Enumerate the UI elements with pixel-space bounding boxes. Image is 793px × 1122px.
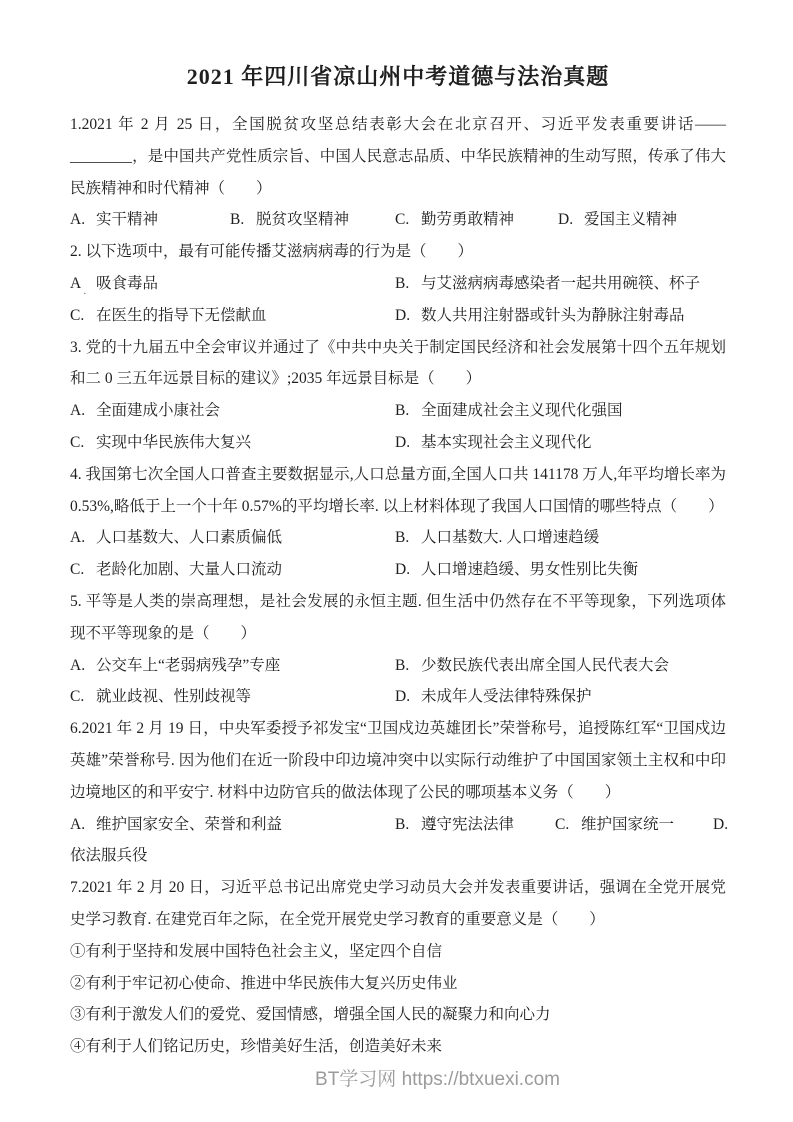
option-label: B. — [395, 268, 421, 300]
page-title: 2021 年四川省凉山州中考道德与法治真题 — [70, 56, 726, 98]
option-d-text-continuation: 依法服兵役 — [70, 840, 726, 872]
question-2-stem: 2. 以下选项中，最有可能传播艾滋病病毒的行为是（ ） — [70, 236, 726, 268]
option-text: 人口基数大. 人口增速趋缓 — [421, 529, 599, 546]
option-text: 就业歧视、性别歧视等 — [96, 688, 251, 705]
question-2-options-row-1: · A吸食毒品 B.与艾滋病病毒感染者一起共用碗筷、杯子 — [70, 268, 726, 300]
option-text: 人口基数大、人口素质偏低 — [96, 529, 282, 546]
question-7-item-1: ①有利于坚持和发展中国特色社会主义，坚定四个自信 — [70, 936, 726, 968]
document-page: 2021 年四川省凉山州中考道德与法治真题 1.2021 年 2 月 25 日，… — [0, 0, 793, 1122]
option-b: B.脱贫攻坚精神 — [230, 204, 395, 236]
option-d: D.数人共用注射器或针头为静脉注射毒品 — [395, 300, 726, 332]
option-label: C. — [70, 427, 96, 459]
question-4-options-row-1: A.人口基数大、人口素质偏低 B.人口基数大. 人口增速趋缓 — [70, 522, 726, 554]
option-label: B. — [395, 809, 421, 841]
question-3-options-row-2: C.实现中华民族伟大复兴 D.基本实现社会主义现代化 — [70, 427, 726, 459]
option-a: A吸食毒品 — [70, 268, 395, 300]
option-text: 公交车上“老弱病残孕”专座 — [96, 657, 280, 674]
option-label: C. — [555, 809, 581, 841]
option-label: A. — [70, 522, 96, 554]
watermark-text: BT学习网 https://btxuexi.com — [0, 1064, 793, 1091]
option-text: 维护国家统一 — [581, 816, 674, 833]
option-a: A.人口基数大、人口素质偏低 — [70, 522, 395, 554]
option-label: C. — [70, 300, 96, 332]
option-label: D. — [395, 554, 421, 586]
scan-artifact-mark: · — [83, 289, 87, 300]
option-b: B.少数民族代表出席全国人民代表大会 — [395, 650, 726, 682]
question-1-options: A.实干精神 B.脱贫攻坚精神 C.勤劳勇敢精神 D.爱国主义精神 — [70, 204, 726, 236]
option-text: 全面建成小康社会 — [96, 402, 220, 419]
option-label: C. — [70, 554, 96, 586]
option-label: A. — [70, 650, 96, 682]
option-c: C.就业歧视、性别歧视等 — [70, 681, 395, 713]
option-d: D.人口增速趋缓、男女性别比失衡 — [395, 554, 726, 586]
option-d: D.爱国主义精神 — [558, 204, 726, 236]
option-b: B.全面建成社会主义现代化强国 — [395, 395, 726, 427]
option-label: D. — [395, 681, 421, 713]
option-c: C.在医生的指导下无偿献血 — [70, 300, 395, 332]
option-label: D. — [395, 427, 421, 459]
option-text: 吸食毒品 — [96, 275, 158, 292]
question-3-stem: 3. 党的十九届五中全会审议并通过了《中共中央关于制定国民经济和社会发展第十四个… — [70, 332, 726, 396]
option-label: D. — [713, 809, 739, 841]
option-label: A. — [70, 204, 96, 236]
option-label: C. — [70, 681, 96, 713]
option-text: 实现中华民族伟大复兴 — [96, 434, 251, 451]
option-text: 爱国主义精神 — [584, 211, 677, 228]
option-text: 在医生的指导下无偿献血 — [96, 307, 267, 324]
option-a: A.实干精神 — [70, 204, 230, 236]
option-c: C.老龄化加剧、大量人口流动 — [70, 554, 395, 586]
option-text: 勤劳勇敢精神 — [421, 211, 514, 228]
question-6-stem: 6.2021 年 2 月 19 日，中央军委授予祁发宝“卫国戍边英雄团长”荣誉称… — [70, 713, 726, 808]
option-d: D.未成年人受法律特殊保护 — [395, 681, 726, 713]
option-label: B. — [230, 204, 256, 236]
option-a: A.公交车上“老弱病残孕”专座 — [70, 650, 395, 682]
option-text: 遵守宪法法律 — [421, 816, 514, 833]
option-label: B. — [395, 650, 421, 682]
question-5-stem: 5. 平等是人类的崇高理想，是社会发展的永恒主题. 但生活中仍然存在不平等现象，… — [70, 586, 726, 650]
option-c: C.勤劳勇敢精神 — [395, 204, 558, 236]
option-a: A.全面建成小康社会 — [70, 395, 395, 427]
question-7-item-3: ③有利于激发人们的爱党、爱国情感，增强全国人民的凝聚力和向心力 — [70, 999, 726, 1031]
question-4-stem: 4. 我国第七次全国人口普查主要数据显示,人口总量方面,全国人口共 141178… — [70, 459, 726, 523]
question-7-stem: 7.2021 年 2 月 20 日，习近平总书记出席党史学习动员大会并发表重要讲… — [70, 872, 726, 936]
question-4-options-row-2: C.老龄化加剧、大量人口流动 D.人口增速趋缓、男女性别比失衡 — [70, 554, 726, 586]
question-6-options: A.维护国家安全、荣誉和利益 B.遵守宪法法律 C.维护国家统一 D. — [70, 809, 726, 841]
question-3-options-row-1: A.全面建成小康社会 B.全面建成社会主义现代化强国 — [70, 395, 726, 427]
option-b: B.遵守宪法法律 — [395, 809, 555, 841]
option-label: D. — [558, 204, 584, 236]
option-text: 未成年人受法律特殊保护 — [421, 688, 592, 705]
option-b: B.人口基数大. 人口增速趋缓 — [395, 522, 726, 554]
question-7-item-4: ④有利于人们铭记历史，珍惜美好生活，创造美好未来 — [70, 1031, 726, 1063]
option-text: 少数民族代表出席全国人民代表大会 — [421, 657, 669, 674]
option-label: B. — [395, 395, 421, 427]
option-text: 数人共用注射器或针头为静脉注射毒品 — [421, 307, 685, 324]
option-a: A.维护国家安全、荣誉和利益 — [70, 809, 395, 841]
option-label: B. — [395, 522, 421, 554]
option-b: B.与艾滋病病毒感染者一起共用碗筷、杯子 — [395, 268, 726, 300]
option-text: 实干精神 — [96, 211, 158, 228]
option-text: 与艾滋病病毒感染者一起共用碗筷、杯子 — [421, 275, 700, 292]
option-text: 老龄化加剧、大量人口流动 — [96, 561, 282, 578]
option-d-label: D. — [713, 809, 739, 841]
option-text: 维护国家安全、荣誉和利益 — [96, 816, 282, 833]
option-c: C.实现中华民族伟大复兴 — [70, 427, 395, 459]
option-text: 脱贫攻坚精神 — [256, 211, 349, 228]
option-text: 全面建成社会主义现代化强国 — [421, 402, 623, 419]
option-label: A. — [70, 809, 96, 841]
question-5-options-row-1: A.公交车上“老弱病残孕”专座 B.少数民族代表出席全国人民代表大会 — [70, 650, 726, 682]
option-d: D.基本实现社会主义现代化 — [395, 427, 726, 459]
option-c: C.维护国家统一 — [555, 809, 713, 841]
question-1-stem: 1.2021 年 2 月 25 日，全国脱贫攻坚总结表彰大会在北京召开、习近平发… — [70, 109, 726, 204]
question-2-options-row-2: C.在医生的指导下无偿献血 D.数人共用注射器或针头为静脉注射毒品 — [70, 300, 726, 332]
document-content: 2021 年四川省凉山州中考道德与法治真题 1.2021 年 2 月 25 日，… — [70, 56, 726, 1063]
option-text: 人口增速趋缓、男女性别比失衡 — [421, 561, 638, 578]
option-label: A. — [70, 395, 96, 427]
option-label: C. — [395, 204, 421, 236]
question-7-item-2: ②有利于牢记初心使命、推进中华民族伟大复兴历史伟业 — [70, 968, 726, 1000]
option-label: D. — [395, 300, 421, 332]
option-text: 基本实现社会主义现代化 — [421, 434, 592, 451]
question-5-options-row-2: C.就业歧视、性别歧视等 D.未成年人受法律特殊保护 — [70, 681, 726, 713]
